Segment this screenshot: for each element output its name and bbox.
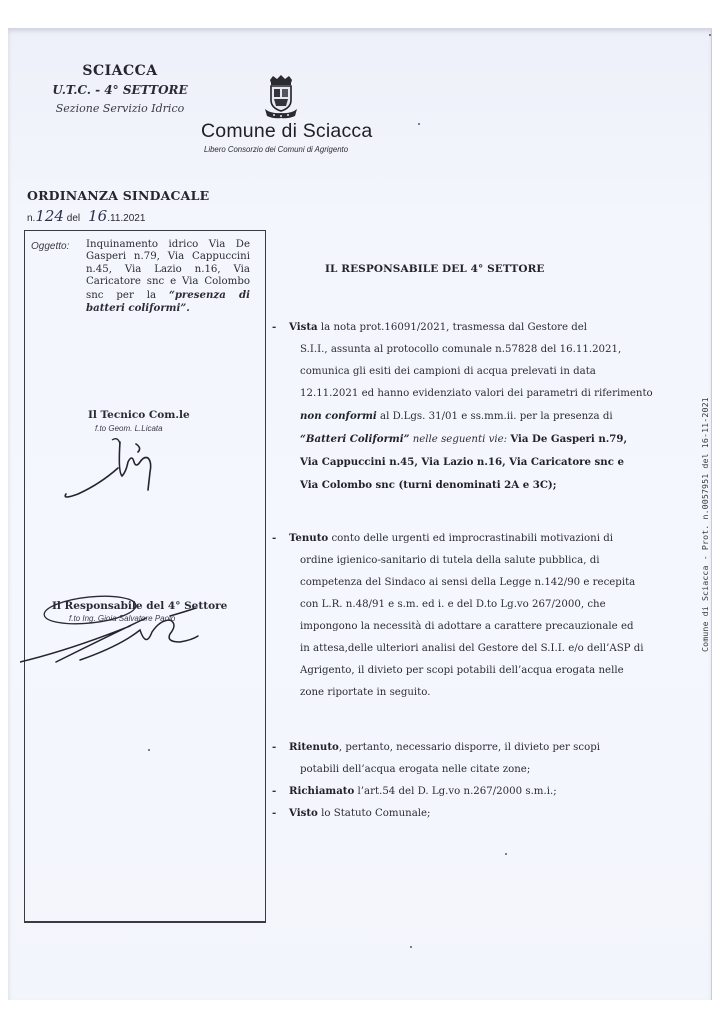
paragraph-tenuto: - Tenuto conto delle urgenti ed improcra… — [272, 527, 672, 704]
bullet: - — [272, 802, 276, 824]
scan-speck — [505, 853, 507, 855]
coat-of-arms-icon — [261, 73, 301, 119]
scan-speck — [410, 946, 412, 948]
manager-signature — [20, 590, 220, 670]
bullet: - — [272, 527, 276, 549]
paragraph-richiamato: - Richiamato l’art.54 del D. Lg.vo n.267… — [272, 780, 672, 803]
page-edge — [711, 30, 712, 1000]
paragraph-lead: Vista — [289, 321, 318, 333]
section-heading: IL RESPONSABILE DEL 4° SETTORE — [325, 263, 545, 275]
subject-box — [24, 230, 266, 923]
paragraph-lead: Richiamato — [289, 785, 354, 797]
scan-speck — [709, 34, 711, 36]
scan-speck — [418, 123, 420, 125]
subject-label: Oggetto: — [31, 241, 69, 252]
ordinance-day: 16 — [88, 207, 107, 225]
ordinance-number: 124 — [35, 207, 64, 225]
city-name: SCIACCA — [30, 62, 210, 80]
bullet: - — [272, 780, 276, 802]
protocol-stamp: Comune di Sciacca - Prot. n.0057951 del … — [700, 397, 710, 652]
ordinance-date: .11.2021 — [107, 213, 145, 224]
paragraph-lead: Visto — [289, 807, 318, 819]
municipality-title: Comune di Sciacca — [201, 120, 372, 143]
municipality-subtitle: Libero Consorzio dei Comuni di Agrigento — [204, 145, 348, 154]
bullet: - — [272, 736, 276, 758]
bullet: - — [272, 316, 276, 338]
technician-signature — [60, 432, 180, 502]
paragraph-lead: Ritenuto — [289, 741, 339, 753]
paragraph-visto: - Visto lo Statuto Comunale; — [272, 802, 672, 825]
technician-title: Il Tecnico Com.le — [88, 409, 190, 421]
date-label: del — [67, 213, 80, 224]
office-name: U.T.C. - 4° SETTORE — [30, 80, 210, 100]
ordinance-number-line: n.124 del16.11.2021 — [27, 207, 145, 225]
paragraph-ritenuto: - Ritenuto, pertanto, necessario disporr… — [272, 736, 672, 781]
office-header: SCIACCA U.T.C. - 4° SETTORE Sezione Serv… — [30, 62, 210, 118]
paragraph-lead: Tenuto — [289, 532, 328, 544]
section-name: Sezione Servizio Idrico — [30, 100, 210, 118]
subject-text: Inquinamento idrico Via De Gasperi n.79,… — [86, 239, 250, 315]
scan-speck — [148, 749, 150, 751]
ordinance-title: ORDINANZA SINDACALE — [27, 188, 209, 203]
paragraph-vista: - Vista la nota prot.16091/2021, trasmes… — [272, 316, 672, 497]
